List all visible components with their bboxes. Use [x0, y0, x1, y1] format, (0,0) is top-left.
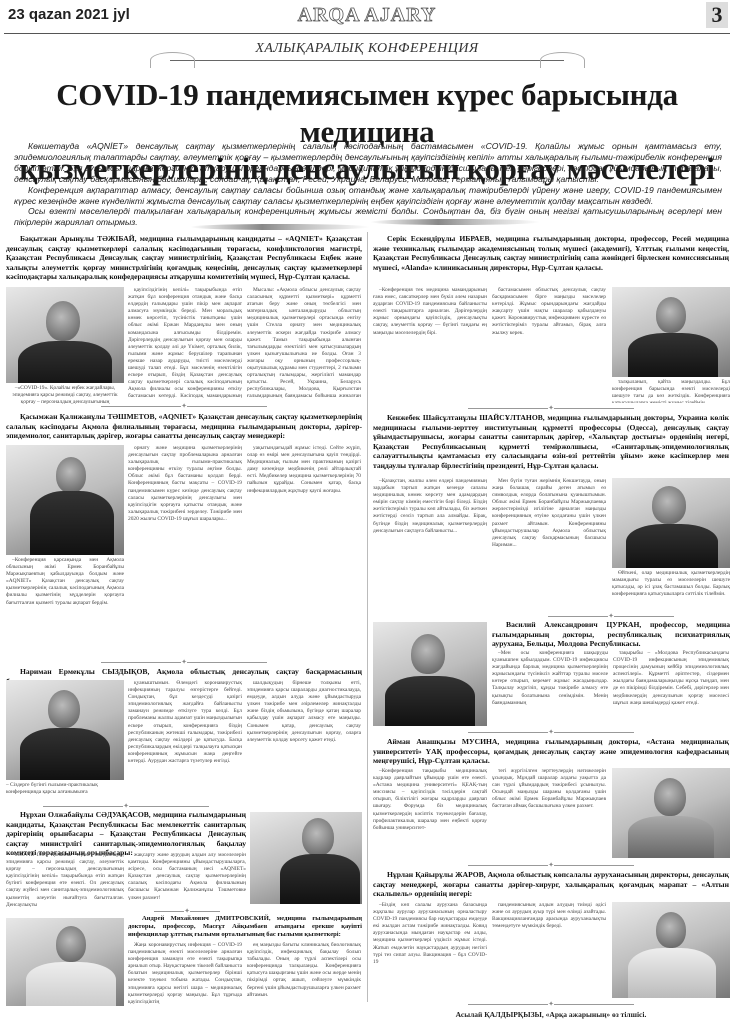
section-heading-zharov: Нұрлан Қайырұлы ЖАРОВ, Ақмола облыстық к…: [373, 870, 729, 899]
body-column: –Мен осы конференцияға шақыруды қуанышпе…: [492, 650, 608, 726]
decorative-swoosh-left: [190, 224, 370, 230]
section-heading-dmitrovsky: Андрей Михайлович ДМИТРОВСКИЙ, медицина …: [128, 915, 362, 940]
body-column: –Конференция тақырыбы медициналық кадрла…: [373, 768, 487, 858]
section-divider: ✦: [128, 907, 246, 915]
section-divider: ✦: [373, 861, 729, 869]
lead-paragraph: Көкшетауда «AQNİET» денсаулық сақтау қыз…: [14, 141, 722, 185]
section-divider: ✦: [6, 658, 362, 666]
body-column: қуаныштымын. Өлемдегі коронавирустық инф…: [128, 680, 242, 798]
section-divider: ✦: [373, 404, 729, 412]
section-divider: ✦: [373, 1000, 729, 1008]
section-heading-tashmetov: Қасымжан Қалижанұлы ТӘШМЕТОВ, «AQNIET» Қ…: [6, 412, 362, 441]
body-column: талқыланып, қайта маңыздалды. Бұл конфер…: [612, 379, 730, 403]
lead-paragraph: Конференция ақпараттар алмасу, денсаулық…: [14, 185, 722, 207]
section-divider: ✦: [6, 402, 362, 410]
newspaper-masthead: ARQA AJARY: [0, 4, 734, 27]
body-column: уақытындағыдай жұмыс істеді. Сөйте жүріп…: [247, 445, 361, 657]
rubric-underline: [170, 60, 564, 61]
body-column: –Конференция қарсаңында мен Ақмола облыс…: [6, 557, 124, 657]
photo-caption: – Сіздерге бүгінгі ғылыми-практикалық ко…: [6, 782, 124, 796]
body-column: ең маңызды бағыты клиникалық биологиялық…: [247, 942, 361, 1008]
section-divider: ✦: [492, 612, 730, 620]
body-column: –Конференция тек медицина мамандарының ғ…: [373, 287, 487, 401]
body-column: жақсарту және аурудың алдын алу мәселеле…: [128, 852, 246, 902]
body-column: Жаңа коронавирустық инфекция – COVID-19 …: [128, 942, 242, 1008]
headline-line-1: COVID-19 пандемиясымен күрес барысында м…: [0, 76, 734, 150]
body-column: бастамасымен облыстық денсаулық сақтау б…: [492, 287, 606, 401]
body-column: –«COVID-19». Қолайлы еңбек жағдайлары, э…: [6, 852, 124, 914]
section-heading-musina: Айман Анашқызы МУСИНА, медицина ғылымдар…: [373, 737, 729, 766]
photo-dmitrovsky: [6, 918, 124, 1006]
photo-tsurkan: [373, 622, 487, 726]
body-column: шалдықудың бірнеше толқыны өтті, эпидеми…: [247, 680, 361, 798]
article-lead: Көкшетауда «AQNİET» денсаулық сақтау қыз…: [14, 141, 722, 228]
photo-tashmetov: [6, 445, 124, 555]
section-divider: ✦: [373, 728, 729, 736]
body-column: Мысалы: «Ақмола облысы денсаулық сақтау …: [247, 287, 361, 401]
photo-saduakasov: [250, 812, 362, 904]
body-column: қауіпсіздігінің кепілі» тақырыбында өтіп…: [128, 287, 242, 401]
photo-shaysultanov: [612, 478, 730, 568]
author-signoff: Асылай ҚАЛДЫРҚЫЗЫ, «Арқа ажарының» өз ті…: [373, 1010, 729, 1019]
section-heading-ibrayev: Серік Ескендірұлы ИБРАЕВ, медицина ғылым…: [373, 234, 729, 272]
column-divider: [367, 232, 368, 1002]
section-divider: ✦: [6, 802, 246, 810]
body-column: Өйткені, олар медициналық қызметкерлерді…: [612, 570, 730, 608]
section-rubric: ХАЛЫҚАРАЛЫҚ КОНФЕРЕНЦИЯ: [0, 41, 734, 57]
lead-paragraph: Осы өзекті мәселелерді талқылаған халықа…: [14, 206, 722, 228]
body-column: –Қазақстан, жалпы әлем елдері пандемияны…: [373, 478, 487, 608]
section-heading-tsurkan: Василий Александрович ЦУРКАН, профессор,…: [492, 620, 730, 649]
body-column: –Біздің көп салалы аурухана базасында жұ…: [373, 902, 487, 998]
body-column: орнату және медицина қызметкерлерінің де…: [128, 445, 242, 657]
section-heading-tazhibay: Бақытжан Арынұлы ТӘЖІБАЙ, медицина ғылым…: [6, 234, 362, 282]
ornament-left-icon: [150, 52, 195, 68]
body-column: тегі жүргізілген зерттеулердің нәтижелер…: [492, 768, 606, 858]
decorative-swoosh-right: [370, 219, 540, 225]
photo-zharov: [612, 902, 730, 998]
body-column: пандемиясының алдын алудың тиімді әдісі …: [492, 902, 606, 998]
body-column: Мен бүгін туған жерімнің Көкшетауда, оны…: [492, 478, 606, 608]
ornament-right-icon: [540, 52, 585, 68]
photo-syzdykov: [6, 680, 124, 780]
body-column: тақырыбы – «Молдова Республикасындағы CO…: [613, 650, 729, 726]
photo-tazhibay: [6, 287, 124, 383]
photo-ibrayev: [612, 287, 730, 377]
header-rule: [4, 33, 730, 34]
section-heading-saduakasov: Нұрхан Олжабайұлы СӘДУАҚАСОВ, медицина ғ…: [6, 810, 246, 858]
section-heading-shaysultanov: Кенжебек Шайсұлтанұлы ШАЙСҰЛТАНОВ, медиц…: [373, 413, 729, 471]
photo-musina: [612, 768, 730, 858]
page-number: 3: [706, 2, 728, 28]
